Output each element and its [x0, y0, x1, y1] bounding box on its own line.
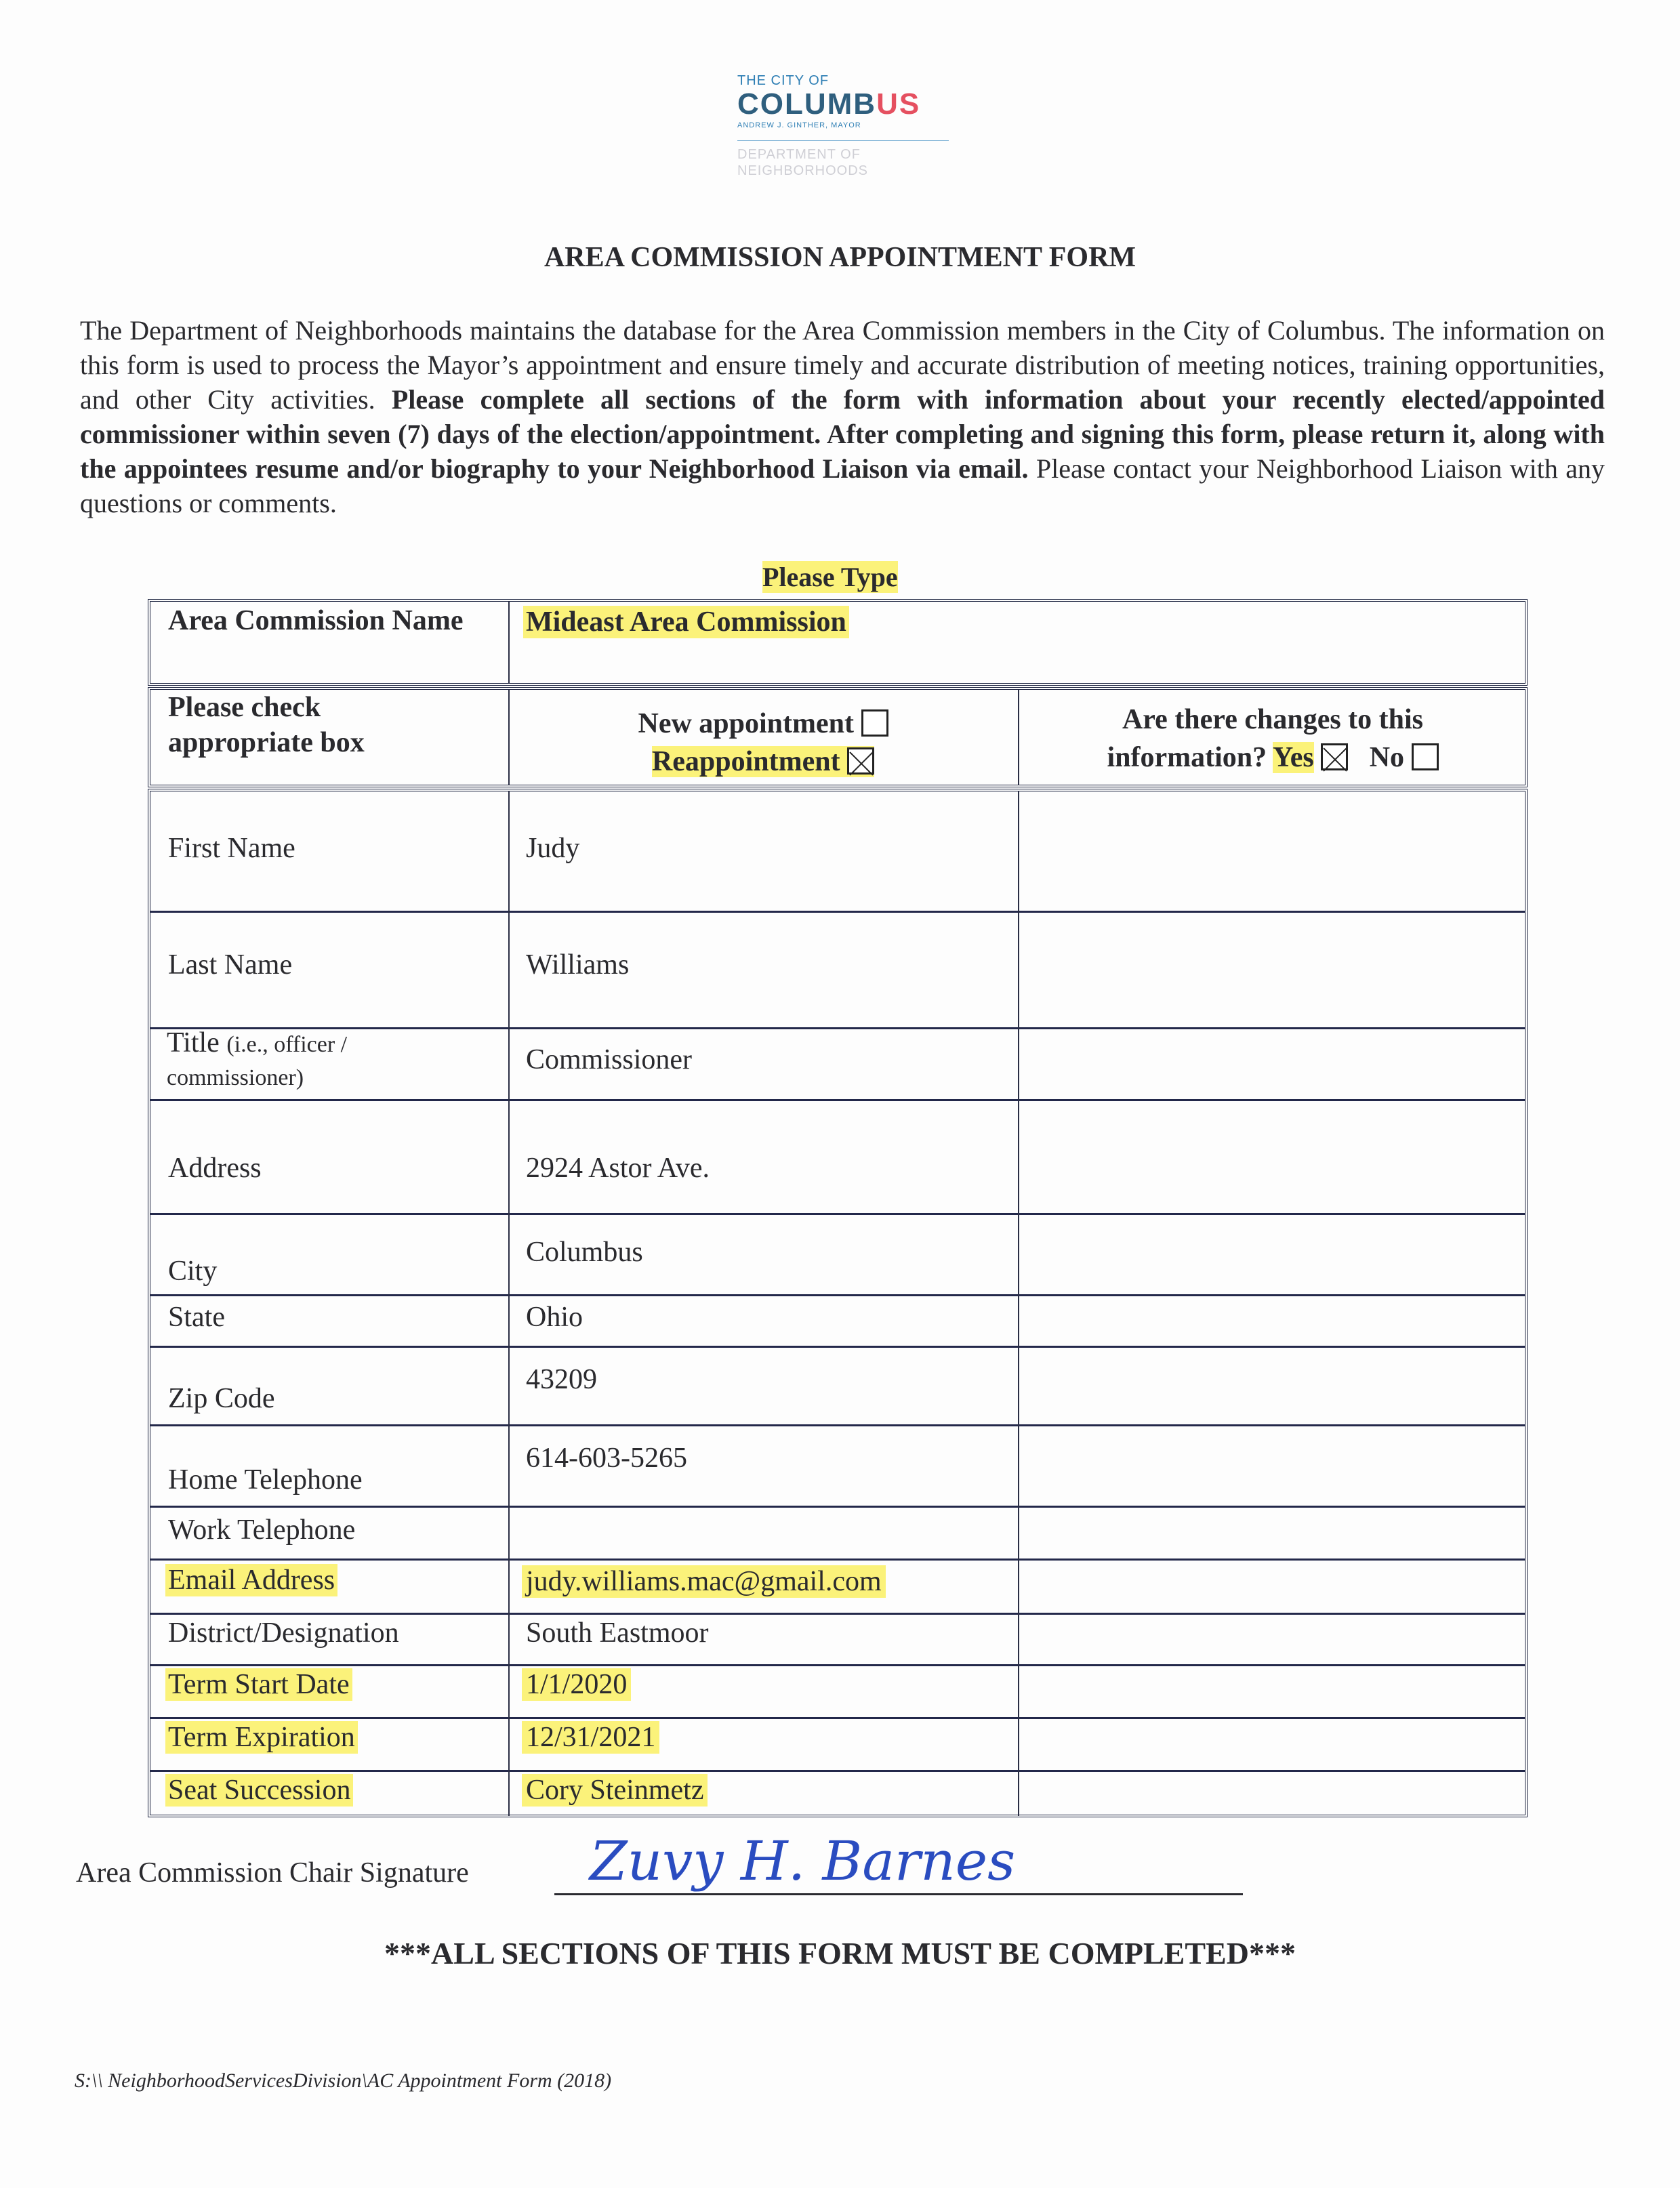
- row-divider: [150, 1506, 1525, 1508]
- row-value-field[interactable]: Cory Steinmetz: [522, 1774, 708, 1807]
- logo-us: US: [876, 87, 920, 121]
- changes-group: Are there changes to this information? Y…: [1019, 701, 1526, 777]
- changes-question-1: Are there changes to this: [1019, 701, 1526, 739]
- row-divider: [150, 1027, 1525, 1029]
- col-divider: [508, 1346, 510, 1424]
- col-divider: [1018, 1424, 1019, 1506]
- col-divider: [508, 1506, 510, 1559]
- signature-field[interactable]: Zuvy H. Barnes: [590, 1830, 1015, 1893]
- col-divider: [1018, 1770, 1019, 1816]
- row-value-field[interactable]: judy.williams.mac@gmail.com: [522, 1565, 886, 1598]
- row-divider: [150, 1770, 1525, 1772]
- row-label: Last Name: [165, 949, 295, 981]
- col-divider: [1018, 1346, 1019, 1424]
- row-label: Term Start Date: [165, 1668, 352, 1701]
- row-changes-field[interactable]: [1022, 913, 1522, 1023]
- col-divider: [1018, 1717, 1019, 1770]
- row-label: Zip Code: [165, 1382, 277, 1415]
- row-label: Home Telephone: [165, 1464, 365, 1496]
- logo-dept-2: NEIGHBORHOODS: [737, 163, 954, 179]
- row-value-field[interactable]: Judy: [522, 832, 583, 865]
- col-divider: [1018, 1613, 1019, 1664]
- signature-line: [554, 1893, 1243, 1895]
- col-divider: [1018, 1294, 1019, 1346]
- row-changes-field[interactable]: [1022, 1508, 1522, 1554]
- commission-name-field[interactable]: Mideast Area Commission: [523, 606, 849, 638]
- row-label: Title (i.e., officer /commissioner): [167, 1027, 347, 1094]
- row-divider: [150, 1559, 1525, 1561]
- row-value-field[interactable]: 1/1/2020: [522, 1668, 631, 1701]
- col-divider: [508, 1424, 510, 1506]
- row-changes-field[interactable]: [1022, 1615, 1522, 1660]
- col-divider: [508, 1717, 510, 1770]
- check-instruction: Please check appropriate box: [168, 690, 365, 760]
- logo-dept-1: DEPARTMENT OF: [737, 146, 954, 163]
- col-divider: [1018, 1213, 1019, 1294]
- intro-paragraph: The Department of Neighborhoods maintain…: [80, 313, 1605, 520]
- new-appointment-label: New appointment: [638, 708, 854, 739]
- row-label: Address: [165, 1152, 264, 1184]
- col-divider: [508, 1099, 510, 1213]
- col-divider: [1018, 911, 1019, 1027]
- row-label: Email Address: [165, 1564, 337, 1596]
- city-logo: THE CITY OF COLUMBUS ANDREW J. GINTHER, …: [737, 73, 954, 179]
- check-instruction-2: appropriate box: [168, 725, 365, 760]
- col-divider: [508, 1213, 510, 1294]
- col-divider: [508, 1613, 510, 1664]
- row-divider: [150, 1664, 1525, 1666]
- row-label: Term Expiration: [165, 1721, 358, 1754]
- logo-mayor: ANDREW J. GINTHER, MAYOR: [737, 121, 954, 129]
- row-changes-field[interactable]: [1022, 1427, 1522, 1502]
- row-label: City: [165, 1255, 220, 1287]
- row-changes-field[interactable]: [1022, 1030, 1522, 1095]
- row-changes-field[interactable]: [1022, 794, 1522, 907]
- col-divider: [508, 1294, 510, 1346]
- row-value-field[interactable]: Ohio: [522, 1301, 587, 1334]
- col-divider: [1018, 1506, 1019, 1559]
- row-value-field[interactable]: 2924 Astor Ave.: [522, 1152, 714, 1184]
- logo-columbus: COLUMBUS: [737, 89, 954, 120]
- footer-path: S:\\ NeighborhoodServicesDivision\AC App…: [75, 2069, 611, 2092]
- row-divider: [150, 911, 1525, 913]
- col-divider: [508, 911, 510, 1027]
- row-changes-field[interactable]: [1022, 1667, 1522, 1713]
- row-changes-field[interactable]: [1022, 1216, 1522, 1290]
- row-value-field[interactable]: Williams: [522, 949, 633, 981]
- row-changes-field[interactable]: [1022, 1102, 1522, 1209]
- changes-question-2: information?: [1107, 742, 1267, 773]
- completion-notice: ***ALL SECTIONS OF THIS FORM MUST BE COM…: [0, 1935, 1680, 1971]
- please-type-label: Please Type: [762, 561, 898, 593]
- no-checkbox[interactable]: [1412, 743, 1439, 770]
- logo-line1: THE CITY OF: [737, 73, 954, 89]
- row-value-field[interactable]: 12/31/2021: [522, 1721, 659, 1754]
- row-value-field[interactable]: 43209: [522, 1363, 601, 1396]
- row-value-field[interactable]: Columbus: [522, 1236, 647, 1268]
- yes-label: Yes: [1273, 742, 1314, 773]
- col-divider: [1018, 1099, 1019, 1213]
- row-changes-field[interactable]: [1022, 1348, 1522, 1420]
- row-changes-field[interactable]: [1022, 1561, 1522, 1609]
- row-value-field[interactable]: 614-603-5265: [522, 1442, 691, 1474]
- row-divider: [150, 1424, 1525, 1426]
- reappointment-label: Reappointment: [652, 746, 840, 777]
- form-title: AREA COMMISSION APPOINTMENT FORM: [0, 241, 1680, 274]
- col-divider: [1018, 1664, 1019, 1717]
- row-value-field[interactable]: South Eastmoor: [522, 1617, 713, 1649]
- reappointment-checkbox[interactable]: [847, 747, 874, 775]
- logo-divider: [737, 140, 949, 141]
- col-divider: [508, 1027, 510, 1099]
- row-changes-field[interactable]: [1022, 1297, 1522, 1342]
- yes-checkbox[interactable]: [1321, 743, 1348, 770]
- row-label: Work Telephone: [165, 1514, 358, 1546]
- row-label: State: [165, 1301, 228, 1334]
- divider: [508, 602, 510, 683]
- new-appointment-checkbox[interactable]: [861, 709, 888, 737]
- row-changes-field[interactable]: [1022, 1773, 1522, 1812]
- col-divider: [508, 791, 510, 911]
- col-divider: [1018, 1559, 1019, 1613]
- row-divider: [150, 1717, 1525, 1719]
- appointment-type-group: New appointment Reappointment: [510, 705, 1017, 781]
- signature-label: Area Commission Chair Signature: [76, 1857, 469, 1889]
- col-divider: [508, 1664, 510, 1717]
- check-instruction-1: Please check: [168, 690, 365, 725]
- col-divider: [1018, 1027, 1019, 1099]
- row-divider: [150, 1213, 1525, 1215]
- logo-columb: COLUMB: [737, 87, 876, 121]
- row-divider: [150, 1346, 1525, 1348]
- row-changes-field[interactable]: [1022, 1720, 1522, 1766]
- row-divider: [150, 1613, 1525, 1615]
- row-value-field[interactable]: [522, 1514, 530, 1546]
- col-divider: [1018, 791, 1019, 911]
- row-value-field[interactable]: Commissioner: [522, 1044, 696, 1076]
- row-label: First Name: [165, 832, 298, 865]
- col-divider: [508, 1770, 510, 1816]
- row-label: Seat Succession: [165, 1774, 353, 1807]
- no-label: No: [1370, 742, 1404, 773]
- col-divider: [508, 1559, 510, 1613]
- row-divider: [150, 1294, 1525, 1296]
- row-divider: [150, 1099, 1525, 1101]
- commission-name-label: Area Commission Name: [168, 604, 464, 637]
- row-label: District/Designation: [165, 1617, 402, 1649]
